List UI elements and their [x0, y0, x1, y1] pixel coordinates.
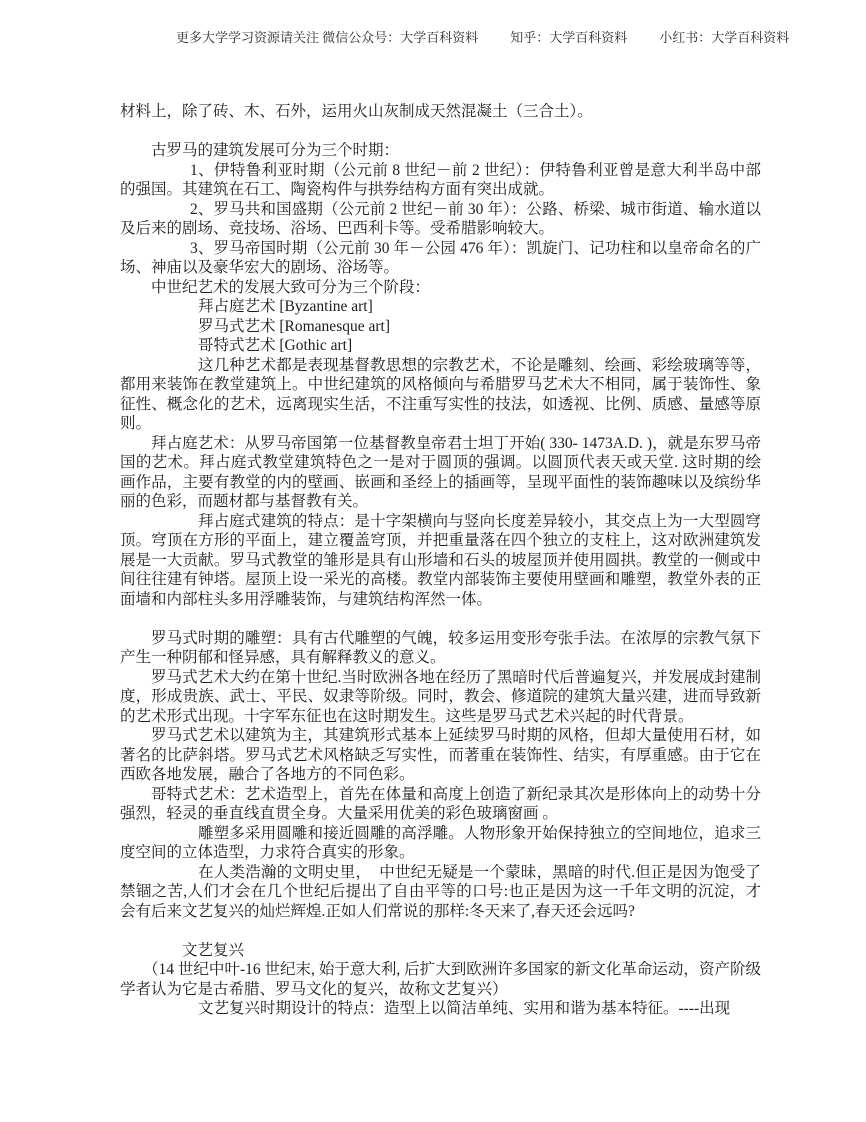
line-gothic-art: 哥特式艺术 [Gothic art] [120, 336, 761, 356]
para-materials-concrete: 材料上，除了砖、木、石外，运用火山灰制成天然混凝土（三合土）。 [120, 102, 761, 122]
para-byzantine-art-intro: 拜占庭艺术：从罗马帝国第一位基督教皇帝君士坦丁开始( 330- 1473A.D.… [120, 434, 761, 512]
blank-line [120, 122, 761, 142]
line-byzantine-art: 拜占庭艺术 [Byzantine art] [120, 297, 761, 317]
line-romanesque-art: 罗马式艺术 [Romanesque art] [120, 317, 761, 337]
heading-renaissance: 文艺复兴 [120, 941, 761, 961]
document-body: 材料上，除了砖、木、石外，运用火山灰制成天然混凝土（三合土）。 古罗马的建筑发展… [120, 102, 761, 1019]
para-etruscan-period: 1、伊特鲁利亚时期（公元前 8 世纪－前 2 世纪）：伊特鲁利亚曾是意大利半岛中… [120, 161, 761, 200]
para-romanesque-sculpture: 罗马式时期的雕塑：具有古代雕塑的气魄，较多运用变形夸张手法。在浓厚的宗教气氛下产… [120, 629, 761, 668]
document-page: 更多大学学习资源请关注 微信公众号：大学百科资料 知乎：大学百科资料 小红书：大… [0, 0, 866, 1122]
para-roman-empire-period: 3、罗马帝国时期（公元前 30 年－公园 476 年）：凯旋门、记功柱和以皇帝命… [120, 239, 761, 278]
blank-line [120, 921, 761, 941]
promo-header: 更多大学学习资源请关注 微信公众号：大学百科资料 知乎：大学百科资料 小红书：大… [120, 30, 866, 46]
para-medieval-reflection: 在人类浩瀚的文明史里， 中世纪无疑是一个蒙昧，黑暗的时代.但正是因为饱受了禁锢之… [120, 863, 761, 922]
para-gothic-sculpture: 雕塑多采用圆雕和接近圆雕的高浮雕。人物形象开始保持独立的空间地位，追求三度空间的… [120, 824, 761, 863]
para-renaissance-definition: （14 世纪中叶-16 世纪末, 始于意大利, 后扩大到欧洲许多国家的新文化革命… [120, 960, 761, 999]
promo-header-wechat: 更多大学学习资源请关注 微信公众号：大学百科资料 [176, 30, 478, 46]
para-byzantine-architecture-features: 拜占庭式建筑的特点：是十字架横向与竖向长度差异较小，其交点上为一大型圆穹顶。穹顶… [120, 512, 761, 610]
para-medieval-three-stages-heading: 中世纪艺术的发展大致可分为三个阶段： [120, 278, 761, 298]
para-romanesque-architecture: 罗马式艺术以建筑为主，其建筑形式基本上延续罗马时期的风格，但却大量使用石材，如著… [120, 726, 761, 785]
para-roman-three-periods-heading: 古罗马的建筑发展可分为三个时期： [120, 141, 761, 161]
para-romanesque-background: 罗马式艺术大约在第十世纪.当时欧洲各地在经历了黑暗时代后普遍复兴，并发展成封建制… [120, 668, 761, 727]
para-gothic-art-style: 哥特式艺术：艺术造型上，首先在体量和高度上创造了新纪录其次是形体向上的动势十分强… [120, 785, 761, 824]
promo-header-xiaohongshu: 小红书：大学百科资料 [659, 30, 789, 46]
para-christian-religious-art: 这几种艺术都是表现基督教思想的宗教艺术，不论是雕刻、绘画、彩绘玻璃等等，都用来装… [120, 356, 761, 434]
para-renaissance-design-features: 文艺复兴时期设计的特点：造型上以简洁单纯、实用和谐为基本特征。----出现 [120, 999, 761, 1019]
para-roman-republic-period: 2、罗马共和国盛期（公元前 2 世纪－前 30 年）：公路、桥梁、城市街道、输水… [120, 200, 761, 239]
promo-header-zhihu: 知乎：大学百科资料 [510, 30, 627, 46]
blank-line [120, 609, 761, 629]
